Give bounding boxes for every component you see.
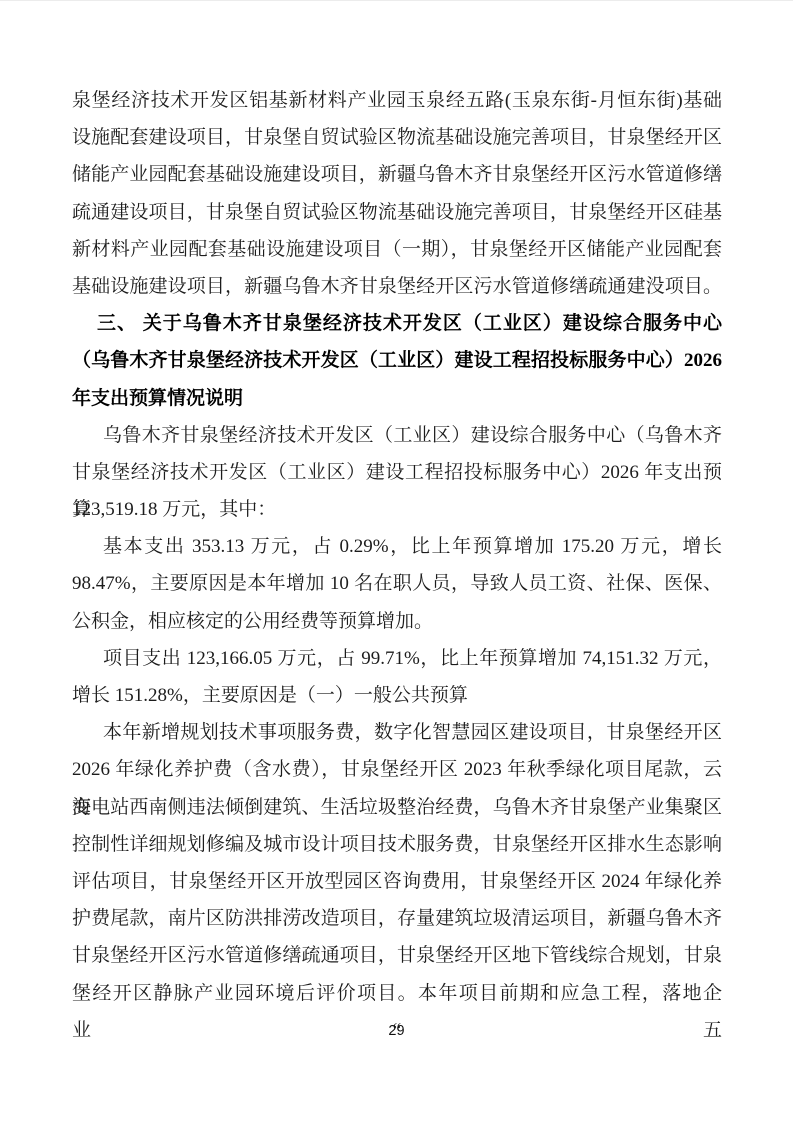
document-line: 乌鲁木齐甘泉堡经济技术开发区（工业区）建设综合服务中心（乌鲁木齐 bbox=[72, 417, 722, 454]
document-line: 疏通建设项目，甘泉堡自贸试验区物流基础设施完善项目，甘泉堡经开区硅基 bbox=[72, 194, 722, 231]
document-line: 98.47%，主要原因是本年增加 10 名在职人员，导致人员工资、社保、医保、 bbox=[72, 565, 722, 602]
document-line: 堡经开区静脉产业园环境后评价项目。本年项目前期和应急工程，落地企业“五 bbox=[72, 975, 722, 1012]
section-heading-line: 三、 关于乌鲁木齐甘泉堡经济技术开发区（工业区）建设综合服务中心 bbox=[72, 305, 722, 342]
document-page: 泉堡经济技术开发区铝基新材料产业园玉泉经五路(玉泉东街-月恒东街)基础 设施配套… bbox=[0, 0, 793, 1123]
page-number: 29 bbox=[0, 1023, 793, 1039]
document-line: 变电站西南侧违法倾倒建筑、生活垃圾整治经费，乌鲁木齐甘泉堡产业集聚区 bbox=[72, 789, 722, 826]
document-line: 评估项目，甘泉堡经开区开放型园区咨询费用，甘泉堡经开区 2024 年绿化养 bbox=[72, 863, 722, 900]
document-text-block: 泉堡经济技术开发区铝基新材料产业园玉泉经五路(玉泉东街-月恒东街)基础 设施配套… bbox=[72, 82, 722, 1012]
section-heading-line: （乌鲁木齐甘泉堡经济技术开发区（工业区）建设工程招投标服务中心）2026 bbox=[72, 342, 722, 379]
document-line: 新材料产业园配套基础设施建设项目（一期），甘泉堡经开区储能产业园配套 bbox=[72, 231, 722, 268]
document-line: 项目支出 123,166.05 万元，占 99.71%，比上年预算增加 74,1… bbox=[72, 640, 722, 677]
document-line: 2026 年绿化养护费（含水费），甘泉堡经开区 2023 年秋季绿化项目尾款，云… bbox=[72, 751, 722, 788]
document-line: 甘泉堡经济技术开发区（工业区）建设工程招投标服务中心）2026 年支出预算 bbox=[72, 454, 722, 491]
document-line: 储能产业园配套基础设施建设项目，新疆乌鲁木齐甘泉堡经开区污水管道修缮 bbox=[72, 156, 722, 193]
document-line: 基础设施建设项目，新疆乌鲁木齐甘泉堡经开区污水管道修缮疏通建没项目。 bbox=[72, 268, 722, 305]
document-line: 设施配套建设项目，甘泉堡自贸试验区物流基础设施完善项目，甘泉堡经开区 bbox=[72, 119, 722, 156]
document-line: 123,519.18 万元，其中： bbox=[72, 491, 722, 528]
document-line: 增长 151.28%，主要原因是（一）一般公共预算 bbox=[72, 677, 722, 714]
document-line: 本年新增规划技术事项服务费，数字化智慧园区建设项目，甘泉堡经开区 bbox=[72, 714, 722, 751]
document-line: 护费尾款，南片区防洪排涝改造项目，存量建筑垃圾清运项目，新疆乌鲁木齐 bbox=[72, 900, 722, 937]
document-line: 泉堡经济技术开发区铝基新材料产业园玉泉经五路(玉泉东街-月恒东街)基础 bbox=[72, 82, 722, 119]
section-heading-line: 年支出预算情况说明 bbox=[72, 380, 722, 417]
document-line: 公积金，相应核定的公用经费等预算增加。 bbox=[72, 603, 722, 640]
document-line: 甘泉堡经开区污水管道修缮疏通项目，甘泉堡经开区地下管线综合规划，甘泉 bbox=[72, 937, 722, 974]
document-line: 控制性详细规划修编及城市设计项目技术服务费，甘泉堡经开区排水生态影响 bbox=[72, 826, 722, 863]
document-line: 基本支出 353.13 万元，占 0.29%，比上年预算增加 175.20 万元… bbox=[72, 528, 722, 565]
